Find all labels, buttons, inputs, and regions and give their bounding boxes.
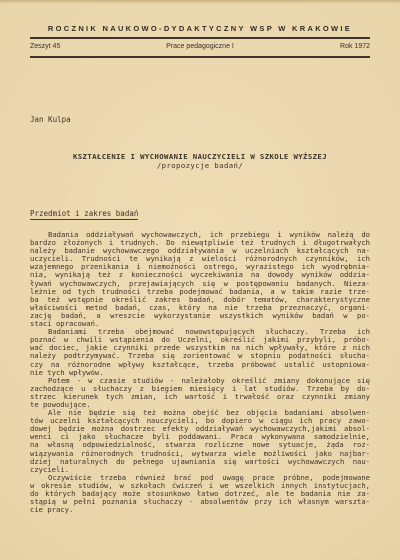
text-line: w okresie studiów, w szkołach ćwiczeń i … <box>30 482 370 490</box>
text-line: leżnie od tych trudności trzeba podejmow… <box>30 288 370 296</box>
text-segment: czy na różnorodne wpływy kształcące, trz… <box>30 361 370 369</box>
text-segment: wenci ci jako słuchacze byli poddawani. … <box>30 433 370 441</box>
text-line: czycieli. <box>30 466 370 474</box>
text-line: dowej będzie można dostrzec efekty oddzi… <box>30 425 370 433</box>
text-segment: uczycieli. Trudności te wynikają z wielo… <box>30 255 370 263</box>
underlined-text: nowowstępujących słuchaczy <box>185 328 304 336</box>
article-body: Badania oddziaływań wychowawczych, ich p… <box>30 231 370 514</box>
text-line: Potem - w czasie studiów - należałoby ok… <box>30 377 370 385</box>
text-line: dziej naturalnych do pełnego ujawniania … <box>30 458 370 466</box>
text-line: Badania oddziaływań wychowawczych, ich p… <box>30 231 370 239</box>
text-line: wać dociec, jakie czynniki przede wszyst… <box>30 344 370 352</box>
text-segment: czycieli. <box>30 466 69 474</box>
text-segment: , bo dopiero w ciągu ich pracy zawo- <box>194 417 370 425</box>
article-title: KSZTAŁCENIE I WYCHOWANIE NAUCZYCIELI W S… <box>30 152 370 161</box>
text-line: nie tych wpływów. <box>30 369 370 377</box>
text-segment: wiązywania różnorodnych trudności, wytwa… <box>30 450 370 458</box>
journal-title: ROCZNIK NAUKOWO-DYDAKTYCZNY WSP W KRAKOW… <box>30 24 370 33</box>
text-line: te powodujące. <box>30 401 370 409</box>
text-segment: dziej naturalnych do pełnego ujawniania … <box>30 458 370 466</box>
text-segment: do których badający może stosunkowo łatw… <box>30 490 370 498</box>
text-segment: staci opracowań. <box>30 320 99 328</box>
text-segment: dowej będzie można dostrzec efekty oddzi… <box>30 425 370 433</box>
text-line: tów uczelni kształcących nauczycieli, bo… <box>30 417 370 425</box>
text-line: ba też wstępnie określić zakres badań, d… <box>30 296 370 304</box>
text-segment: wzajemnego przenikania i niemożności ost… <box>30 263 370 271</box>
text-segment: - należałoby określić zmiany dokonujące … <box>163 377 370 385</box>
text-line: strzec kierunek tych zmian, ich wartość … <box>30 393 370 401</box>
underlined-text: absolwen- <box>331 409 370 417</box>
text-segment: Potem - <box>48 377 88 385</box>
scanned-page: ROCZNIK NAUKOWO-DYDAKTYCZNY WSP W KRAKOW… <box>0 0 400 560</box>
text-segment: , w szkołach ćwiczeń i we wszelkich inny… <box>108 482 370 490</box>
text-segment: strzec kierunek tych zmian, ich wartość … <box>30 393 370 401</box>
text-segment: ływań wychowawczych, przejawiających się… <box>30 280 370 288</box>
text-segment: Badania oddziaływań wychowawczych, ich p… <box>48 231 370 239</box>
text-line: cie pracy. <box>30 506 370 514</box>
text-segment: poznać w chwili wstąpienia do Uczelni, o… <box>30 336 370 344</box>
article-title-block: KSZTAŁCENIE I WYCHOWANIE NAUCZYCIELI W S… <box>30 152 370 170</box>
header-rule-top <box>30 37 370 39</box>
text-segment: Ale nie będzie się też można obejść bez … <box>48 409 331 417</box>
text-segment: cie pracy. <box>30 506 73 514</box>
header-rule-bottom <box>30 56 370 58</box>
text-line: uczycieli. Trudności te wynikają z wielo… <box>30 255 370 263</box>
text-segment: bardzo złożonych i trudnych. Do niewątpl… <box>30 239 370 247</box>
text-segment: te powodujące. <box>30 401 91 409</box>
underlined-text: prace próbne, podejmowane <box>253 474 370 482</box>
text-segment: należy podtrzymywać. Trzeba się zoriento… <box>30 352 370 360</box>
text-line: wenci ci jako słuchacze byli poddawani. … <box>30 433 370 441</box>
header-meta-row: Zeszyt 45 Prace pedagogiczne I Rok 1972 <box>30 43 370 51</box>
series-label: Prace pedagogiczne I <box>30 43 370 51</box>
text-line: zację badań, a wreszcie wykorzystanie ws… <box>30 312 370 320</box>
underlined-text: w okresie studiów <box>30 482 108 490</box>
text-line: ływań wychowawczych, przejawiających się… <box>30 280 370 288</box>
text-line: Badaniami trzeba obejmować nowowstępując… <box>30 328 370 336</box>
text-segment: ba też wstępnie określić zakres badań, d… <box>30 296 370 304</box>
text-line: wiązywania różnorodnych trudności, wytwa… <box>30 450 370 458</box>
text-line: na własną odpowiedzialność, stwarza rozl… <box>30 441 370 449</box>
text-segment: wać dociec, jakie czynniki przede wszyst… <box>30 344 370 352</box>
text-line: należy badanie wychowawczego oddziaływan… <box>30 247 370 255</box>
article-subtitle: /propozycje badań/ <box>30 161 370 170</box>
text-segment: stąpią w pełni poznania słuchaczy - abso… <box>30 498 370 506</box>
text-line: czy na różnorodne wpływy kształcące, trz… <box>30 361 370 369</box>
text-line: stąpią w pełni poznania słuchaczy - abso… <box>30 498 370 506</box>
text-line: staci opracowań. <box>30 320 370 328</box>
section-heading: Przedmiot i zakres badań <box>30 210 370 218</box>
text-segment: na własną odpowiedzialność, stwarza rozl… <box>30 441 370 449</box>
text-line: należy podtrzymywać. Trzeba się zoriento… <box>30 352 370 360</box>
text-segment: nie tych wpływów. <box>30 369 104 377</box>
text-line: Oczywiście trzeba również brać pod uwagę… <box>30 474 370 482</box>
underlined-text: w czasie studiów <box>88 377 163 385</box>
text-line: wzajemnego przenikania i niemożności ost… <box>30 263 370 271</box>
text-segment: Badaniami trzeba obejmować <box>48 328 185 336</box>
text-line: do których badający może stosunkowo łatw… <box>30 490 370 498</box>
author-name: Jan Kulpa <box>30 116 370 124</box>
text-segment: zachodzące u słuchaczy z biegiem miesięc… <box>30 385 370 393</box>
text-segment: zację badań, a wreszcie wykorzystanie ws… <box>30 312 370 320</box>
text-segment: należy badanie wychowawczego oddziaływan… <box>30 247 370 255</box>
text-line: bardzo złożonych i trudnych. Do niewątpl… <box>30 239 370 247</box>
text-segment: właściwości metod badań, czas, który na … <box>30 304 370 312</box>
text-line: nia, wynikają też z konieczności wyczeki… <box>30 271 370 279</box>
section-heading-text: Przedmiot i zakres badań <box>30 209 138 220</box>
text-line: właściwości metod badań, czas, który na … <box>30 304 370 312</box>
text-line: Ale nie będzie się też można obejść bez … <box>30 409 370 417</box>
text-line: zachodzące u słuchaczy z biegiem miesięc… <box>30 385 370 393</box>
text-line: poznać w chwili wstąpienia do Uczelni, o… <box>30 336 370 344</box>
underlined-text: tów uczelni kształcących nauczycieli <box>30 417 194 425</box>
text-segment: leżnie od tych trudności trzeba podejmow… <box>30 288 370 296</box>
text-segment: Oczywiście trzeba również brać pod uwagę <box>48 474 253 482</box>
text-segment: nia, wynikają też z konieczności wyczeki… <box>30 271 370 279</box>
text-segment: . Trzeba ich <box>304 328 370 336</box>
